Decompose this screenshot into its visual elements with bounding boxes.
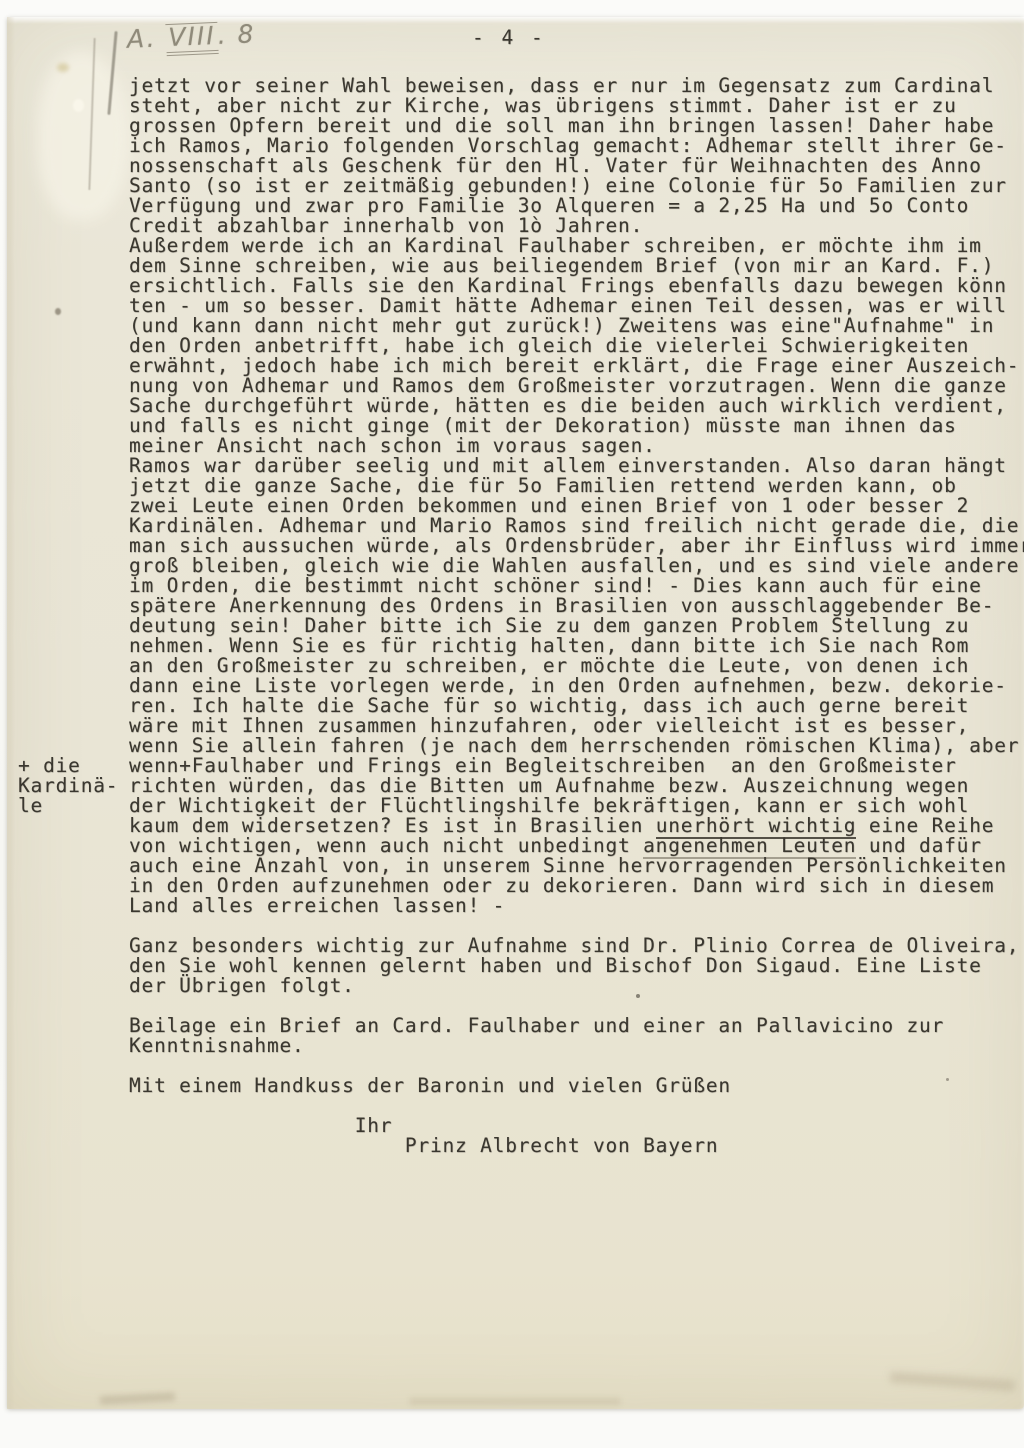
- text-line: Kardinälen. Adhemar und Mario Ramos sind…: [129, 516, 1024, 536]
- archive-mark-prefix: A.: [126, 23, 167, 54]
- text-line: + die: [18, 756, 118, 776]
- text-line: nung von Adhemar und Ramos dem Großmeist…: [129, 376, 1024, 396]
- text-line: Ramos war darüber seelig und mit allem e…: [129, 456, 1024, 476]
- paper-left-edge: [7, 17, 15, 1409]
- text-line: Ihr: [129, 1116, 1024, 1136]
- text-line: [129, 1056, 1024, 1076]
- text-line: der Übrigen folgt.: [129, 976, 1024, 996]
- text-line: im Orden, die bestimmt nicht schöner sin…: [129, 576, 1024, 596]
- archive-mark-roman-numeral: VIII: [166, 22, 219, 56]
- text-line: Santo (so ist er zeitmäßig gebunden!) ei…: [129, 176, 1024, 196]
- text-line: an den Großmeister zu schreiben, er möch…: [129, 656, 1024, 676]
- text-line: spätere Anerkennung des Ordens in Brasil…: [129, 596, 1024, 616]
- letter-body-text: jetzt vor seiner Wahl beweisen, dass er …: [129, 76, 1024, 1156]
- page-number: - 4 -: [472, 28, 546, 48]
- paper-crease: [410, 1398, 620, 1405]
- text-line: nehmen. Wenn Sie es für richtig halten, …: [129, 636, 1024, 656]
- text-line: den Sie wohl kennen gelernt haben und Bi…: [129, 956, 1024, 976]
- text-line: nossenschaft als Geschenk für den Hl. Va…: [129, 156, 1024, 176]
- text-line: Mit einem Handkuss der Baronin und viele…: [129, 1076, 1024, 1096]
- text-line: wenn+Faulhaber und Frings ein Begleitsch…: [129, 756, 1024, 776]
- text-line: Außerdem werde ich an Kardinal Faulhaber…: [129, 236, 1024, 256]
- text-line: (und kann dann nicht mehr gut zurück!) Z…: [129, 316, 1024, 336]
- archive-mark-suffix: . 8: [217, 19, 256, 50]
- handwritten-archive-mark: A. VIII. 8: [126, 19, 256, 58]
- text-line: erwähnt, jedoch habe ich mich bereit erk…: [129, 356, 1024, 376]
- text-line: Sache durchgeführt würde, hätten es die …: [129, 396, 1024, 416]
- text-line: ersichtlich. Falls sie den Kardinal Frin…: [129, 276, 1024, 296]
- text-line: jetzt vor seiner Wahl beweisen, dass er …: [129, 76, 1024, 96]
- text-line: Land alles erreichen lassen! -: [129, 896, 1024, 916]
- text-line: steht, aber nicht zur Kirche, was übrige…: [129, 96, 1024, 116]
- text-line: dann eine Liste vorlegen werde, in den O…: [129, 676, 1024, 696]
- text-line: richten würden, das die Bitten um Aufnah…: [129, 776, 1024, 796]
- text-line: man sich aussuchen würde, als Ordensbrüd…: [129, 536, 1024, 556]
- text-line: Beilage ein Brief an Card. Faulhaber und…: [129, 1016, 1024, 1036]
- text-line: Credit abzahlbar innerhalb von 1ò Jahren…: [129, 216, 1024, 236]
- text-line: wenn Sie allein fahren (je nach dem herr…: [129, 736, 1024, 756]
- text-line: [129, 1096, 1024, 1116]
- text-line: Ganz besonders wichtig zur Aufnahme sind…: [129, 936, 1024, 956]
- text-line: deutung sein! Daher bitte ich Sie zu dem…: [129, 616, 1024, 636]
- text-line: [129, 996, 1024, 1016]
- text-line: Verfügung und zwar pro Familie 3o Alquer…: [129, 196, 1024, 216]
- text-line: Kenntnisnahme.: [129, 1036, 1024, 1056]
- text-line: le: [18, 796, 118, 816]
- text-line: ten - um so besser. Damit hätte Adhemar …: [129, 296, 1024, 316]
- text-line: jetzt die ganze Sache, die für 5o Famili…: [129, 476, 1024, 496]
- text-line: kaum dem widersetzen? Es ist in Brasilie…: [129, 816, 1024, 836]
- paper-stain: [57, 63, 69, 72]
- text-line: der Wichtigkeit der Flüchtlingshilfe bek…: [129, 796, 1024, 816]
- text-line: groß bleiben, gleich wie die Wahlen ausf…: [129, 556, 1024, 576]
- text-line: dem Sinne schreiben, wie aus beiliegende…: [129, 256, 1024, 276]
- text-line: grossen Opfern bereit und die soll man i…: [129, 116, 1024, 136]
- paper-speck: [55, 308, 61, 315]
- margin-annotation-kardinaele: + dieKardinä-le: [18, 756, 118, 816]
- text-line: den Orden anbetrifft, habe ich gleich di…: [129, 336, 1024, 356]
- text-line: Prinz Albrecht von Bayern: [129, 1136, 1024, 1156]
- text-line: [129, 916, 1024, 936]
- scanned-letter-page: { "page": { "archive_mark": { "prefix": …: [0, 0, 1024, 1448]
- text-line: ren. Ich halte die Sache für so wichtig,…: [129, 696, 1024, 716]
- paper-speck: [73, 99, 84, 112]
- text-line: zwei Leute einen Orden bekommen und eine…: [129, 496, 1024, 516]
- text-line: meiner Ansicht nach schon im voraus sage…: [129, 436, 1024, 456]
- text-line: in den Orden aufzunehmen oder zu dekorie…: [129, 876, 1024, 896]
- text-line: Kardinä-: [18, 776, 118, 796]
- text-line: auch eine Anzahl von, in unserem Sinne h…: [129, 856, 1024, 876]
- text-line: von wichtigen, wenn auch nicht unbedingt…: [129, 836, 1024, 856]
- text-line: und falls es nicht ginge (mit der Dekora…: [129, 416, 1024, 436]
- text-line: ich Ramos, Mario folgenden Vorschlag gem…: [129, 136, 1024, 156]
- text-line: wäre mit Ihnen zusammen hinzufahren, ode…: [129, 716, 1024, 736]
